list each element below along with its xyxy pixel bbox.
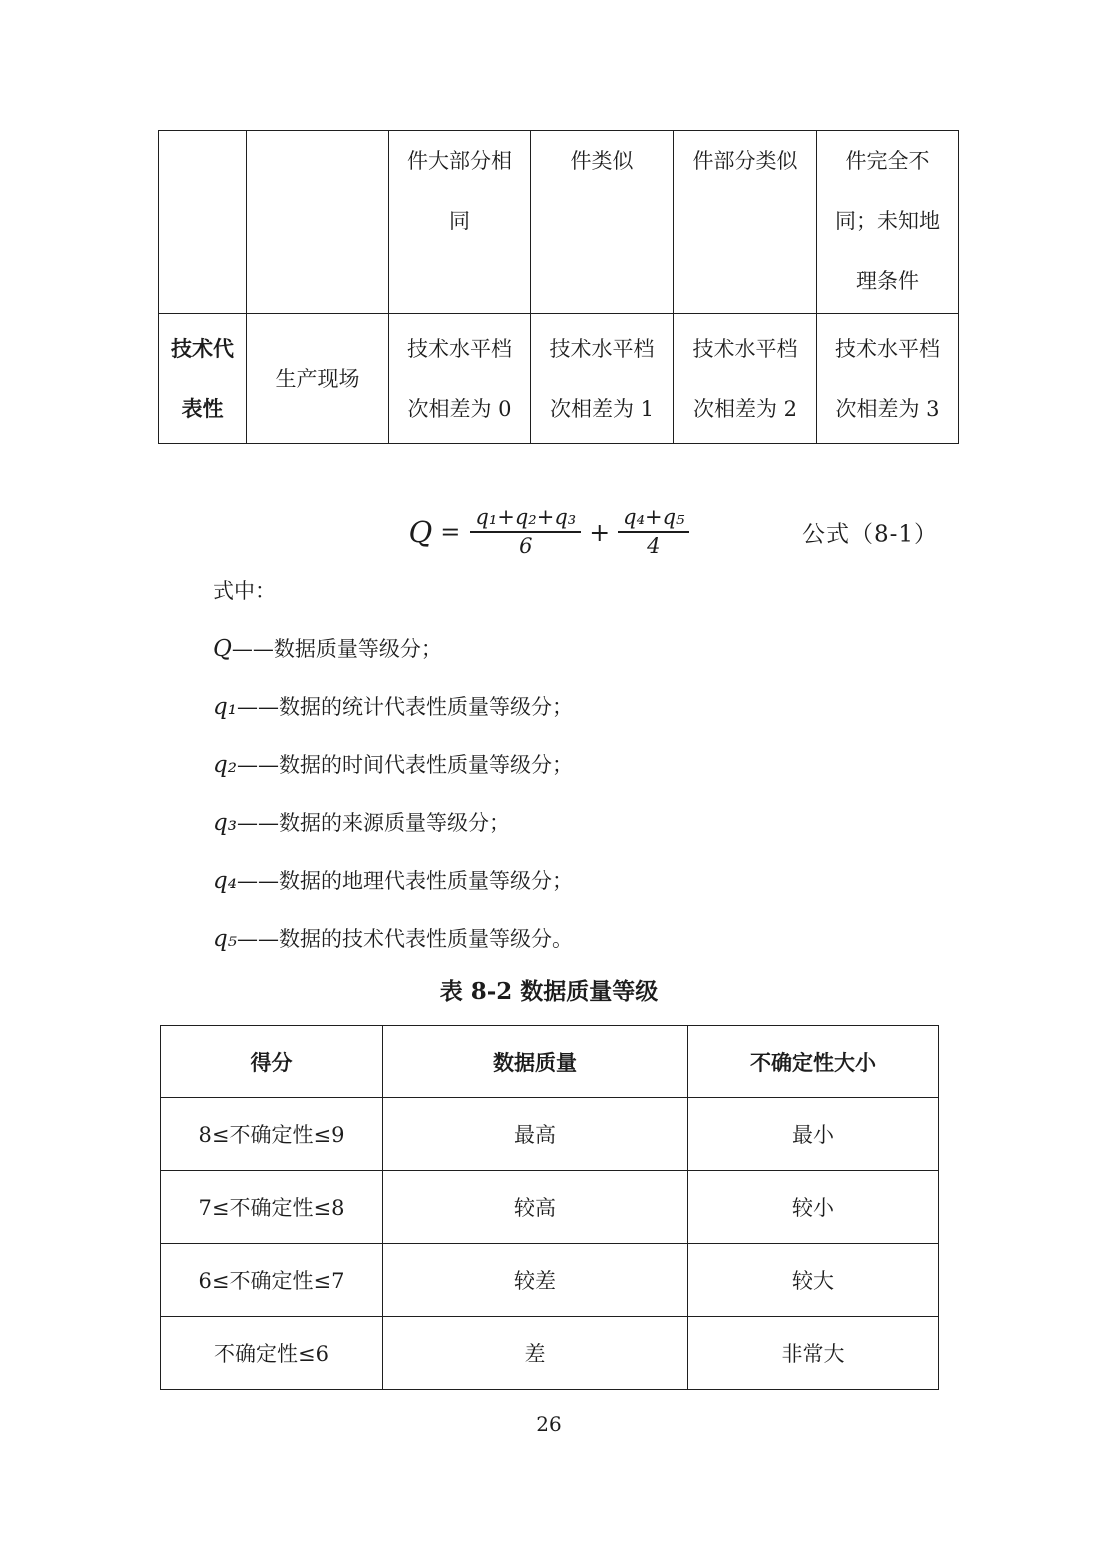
definition-item: q₄——数据的地理代表性质量等级分； <box>213 852 958 910</box>
table-cell: 较小 <box>688 1171 939 1244</box>
definition-symbol: q₃ <box>213 810 237 836</box>
table-row: 件大部分相同 件类似 件部分类似 件完全不同；未知地理条件 <box>159 131 959 314</box>
fraction-numerator: q₄+q₅ <box>618 504 689 533</box>
table-row: 8≤不确定性≤9 最高 最小 <box>161 1098 939 1171</box>
fraction-numerator: q₁+q₂+q₃ <box>470 504 581 533</box>
definition-symbol: Q <box>213 636 232 662</box>
table-cell: 不确定性≤6 <box>161 1317 383 1390</box>
table-cell: 技术水平档次相差为 3 <box>817 314 959 444</box>
definition-text: ——数据的地理代表性质量等级分； <box>237 869 573 893</box>
table-row-header-cell: 技术代表性 <box>159 314 247 444</box>
definitions-intro: 式中： <box>213 562 958 620</box>
definition-item: q₅——数据的技术代表性质量等级分。 <box>213 910 958 968</box>
definition-text: ——数据的技术代表性质量等级分。 <box>237 927 573 951</box>
definition-text: ——数据质量等级分； <box>232 637 442 661</box>
fraction-denominator: 6 <box>519 533 532 560</box>
page-number: 26 <box>160 1412 938 1436</box>
table-cell: 较大 <box>688 1244 939 1317</box>
table-cell: 技术水平档次相差为 0 <box>389 314 531 444</box>
table-cell: 件完全不同；未知地理条件 <box>817 131 959 314</box>
table-cell: 件类似 <box>531 131 674 314</box>
document-page: 件大部分相同 件类似 件部分类似 件完全不同；未知地理条件 技术代表性 生产现场… <box>0 0 1102 1559</box>
definition-item: Q——数据质量等级分； <box>213 620 958 678</box>
table-cell: 6≤不确定性≤7 <box>161 1244 383 1317</box>
definition-item: q₂——数据的时间代表性质量等级分； <box>213 736 958 794</box>
table-row: 不确定性≤6 差 非常大 <box>161 1317 939 1390</box>
definition-symbol: q₄ <box>213 868 237 894</box>
table-cell: 技术水平档次相差为 1 <box>531 314 674 444</box>
definition-symbol: q₁ <box>213 694 237 720</box>
definition-item: q₁——数据的统计代表性质量等级分； <box>213 678 958 736</box>
continuation-table: 件大部分相同 件类似 件部分类似 件完全不同；未知地理条件 技术代表性 生产现场… <box>158 130 959 444</box>
table-cell: 非常大 <box>688 1317 939 1390</box>
table-cell: 件部分类似 <box>674 131 817 314</box>
formula-fraction-1: q₁+q₂+q₃ 6 <box>470 504 581 560</box>
definition-symbol: q₂ <box>213 752 237 778</box>
table-cell: 8≤不确定性≤9 <box>161 1098 383 1171</box>
definitions-list: 式中： Q——数据质量等级分； q₁——数据的统计代表性质量等级分； q₂——数… <box>213 562 958 968</box>
table-cell: 生产现场 <box>247 314 389 444</box>
table-cell: 最小 <box>688 1098 939 1171</box>
header-cell: 数据质量 <box>383 1026 688 1098</box>
table-row: 技术代表性 生产现场 技术水平档次相差为 0 技术水平档次相差为 1 技术水平档… <box>159 314 959 444</box>
table-cell: 最高 <box>383 1098 688 1171</box>
table-cell: 差 <box>383 1317 688 1390</box>
table-cell: 较高 <box>383 1171 688 1244</box>
formula-lhs: Q <box>409 515 433 549</box>
definition-text: ——数据的来源质量等级分； <box>237 811 510 835</box>
formula-plus: + <box>589 518 610 547</box>
header-cell: 不确定性大小 <box>688 1026 939 1098</box>
table-cell <box>159 131 247 314</box>
quality-table: 得分 数据质量 不确定性大小 8≤不确定性≤9 最高 最小 7≤不确定性≤8 较… <box>160 1025 939 1390</box>
definition-text: ——数据的时间代表性质量等级分； <box>237 753 573 777</box>
definition-text: ——数据的统计代表性质量等级分； <box>237 695 573 719</box>
table-caption: 表 8-2 数据质量等级 <box>160 976 938 1008</box>
formula-row: Q = q₁+q₂+q₃ 6 + q₄+q₅ 4 公式（8-1） <box>160 500 938 564</box>
table-cell: 件大部分相同 <box>389 131 531 314</box>
table-cell <box>247 131 389 314</box>
formula-fraction-2: q₄+q₅ 4 <box>618 504 689 560</box>
fraction-denominator: 4 <box>647 533 660 560</box>
table-cell: 技术水平档次相差为 2 <box>674 314 817 444</box>
table-cell: 7≤不确定性≤8 <box>161 1171 383 1244</box>
header-cell: 得分 <box>161 1026 383 1098</box>
definition-item: q₃——数据的来源质量等级分； <box>213 794 958 852</box>
table-row: 6≤不确定性≤7 较差 较大 <box>161 1244 939 1317</box>
definition-symbol: q₅ <box>213 926 237 952</box>
table-row: 7≤不确定性≤8 较高 较小 <box>161 1171 939 1244</box>
table-cell: 较差 <box>383 1244 688 1317</box>
formula-equals: = <box>440 518 460 546</box>
formula-label: 公式（8-1） <box>802 516 938 549</box>
table-header-row: 得分 数据质量 不确定性大小 <box>161 1026 939 1098</box>
